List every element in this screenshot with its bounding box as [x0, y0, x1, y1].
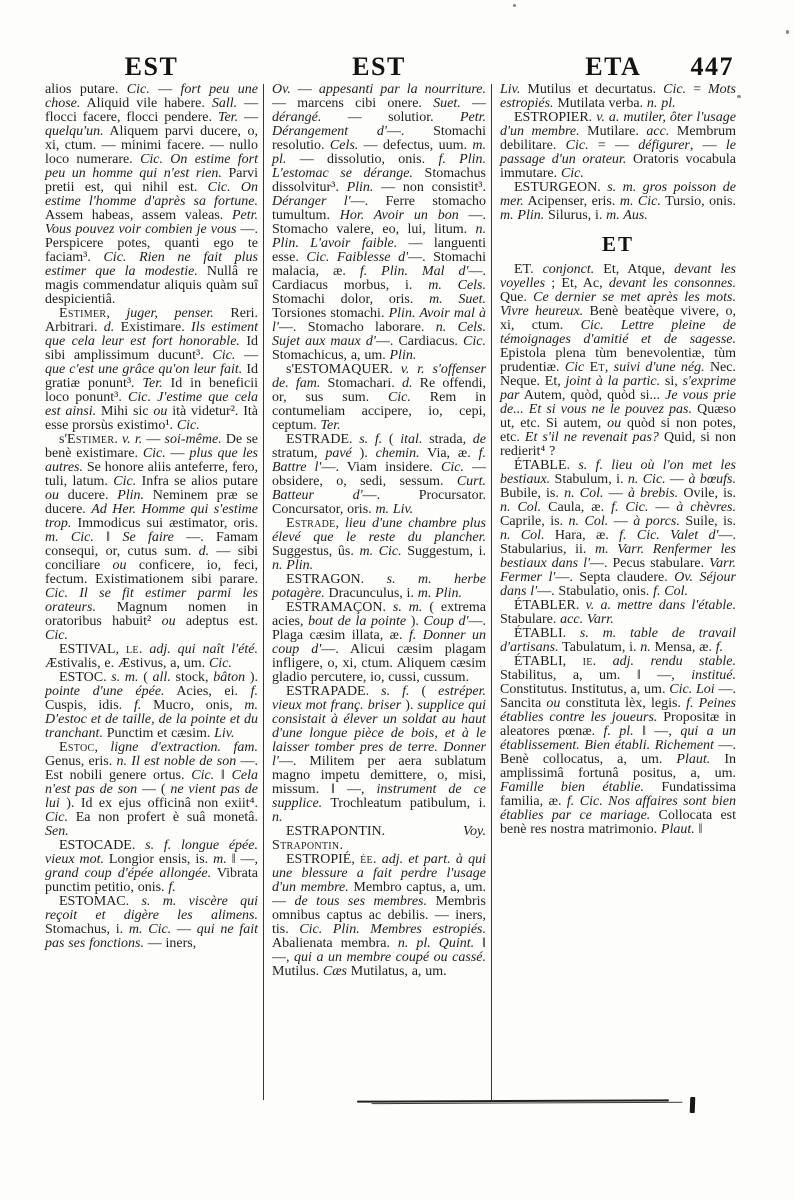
entry-paragraph: Ov. — appesanti par la nourriture. — mar… — [272, 83, 486, 363]
scan-artifact-blob — [690, 1097, 696, 1113]
entry-paragraph: ESTRAPONTIN. Voy. Strapontin. — [272, 825, 486, 853]
entry-paragraph: ESTRAMAÇON. s. m. ( extrema acies, bout … — [272, 601, 486, 685]
entry-paragraph: ÉTABLI, ie. adj. rendu stable. Stabilitu… — [500, 655, 736, 837]
section-heading: ET — [500, 237, 736, 251]
running-head-text: ETA — [585, 52, 641, 82]
entry-paragraph: ESTROPIER. v. a. mutiler, ôter l'usage d… — [500, 111, 736, 181]
entry-paragraph: ET. conjonct. Et, Atque, devant les voye… — [500, 263, 736, 459]
column-divider — [491, 84, 492, 1100]
entry-paragraph: ESTOC. s. m. ( all. stock, bâton ). poin… — [45, 671, 258, 741]
entry-paragraph: Estrade, lieu d'une chambre plus élevé q… — [272, 517, 486, 573]
dictionary-page: EST EST ETA 447 alios putare. Cic. — for… — [0, 0, 795, 1200]
scan-artifact-line — [357, 1099, 669, 1102]
entry-paragraph: ESTIVAL, le. adj. qui naît l'été. Æstiva… — [45, 643, 258, 671]
entry-paragraph: Estoc, ligne d'extraction. fam. Genus, e… — [45, 741, 258, 839]
entry-paragraph: Estimer, juger, penser. Reri. Arbitrari.… — [45, 307, 258, 433]
text-column-1: alios putare. Cic. — fort peu une chose.… — [45, 83, 258, 951]
scan-speck — [737, 95, 741, 98]
entry-paragraph: ESTOMAC. s. m. viscère qui reçoit et dig… — [45, 895, 258, 951]
entry-paragraph: ESTOCADE. s. f. longue épée. vieux mot. … — [45, 839, 258, 895]
scan-speck — [786, 30, 789, 34]
entry-paragraph: s'Estimer. v. r. — soi-même. De se benè … — [45, 433, 258, 643]
entry-paragraph: ÉTABLER. v. a. mettre dans l'étable. Sta… — [500, 599, 736, 627]
running-head-right: ETA 447 — [500, 53, 736, 81]
entry-paragraph: alios putare. Cic. — fort peu une chose.… — [45, 83, 258, 307]
entry-paragraph: ESTROPIÉ, ée. adj. et part. à qui une bl… — [272, 853, 486, 979]
entry-paragraph: s'ESTOMAQUER. v. r. s'offenser de. fam. … — [272, 363, 486, 433]
entry-paragraph: ESTRAGON. s. m. herbe potagère. Dracuncu… — [272, 573, 486, 601]
entry-paragraph: Liv. Mutilus et decurtatus. Cic. = Mots … — [500, 83, 736, 111]
running-head-text: EST — [352, 52, 406, 82]
text-column-2: Ov. — appesanti par la nourriture. — mar… — [272, 83, 486, 979]
running-head-text: EST — [125, 52, 179, 82]
scan-speck — [513, 4, 516, 7]
column-divider — [263, 84, 264, 1100]
entry-paragraph: ESTRAPADE. s. f. ( estréper. vieux mot f… — [272, 685, 486, 825]
entry-paragraph: ESTRADE. s. f. ( ital. strada, de stratu… — [272, 433, 486, 517]
entry-paragraph: ESTURGEON. s. m. gros poisson de mer. Ac… — [500, 181, 736, 223]
page-number: 447 — [691, 52, 735, 82]
text-column-3: Liv. Mutilus et decurtatus. Cic. = Mots … — [500, 83, 736, 837]
entry-paragraph: ÉTABLE. s. f. lieu où l'on met les besti… — [500, 459, 736, 599]
entry-paragraph: ÉTABLI. s. m. table de travail d'artisan… — [500, 627, 736, 655]
running-head-left: EST — [45, 53, 258, 81]
running-head-center: EST — [272, 53, 486, 81]
